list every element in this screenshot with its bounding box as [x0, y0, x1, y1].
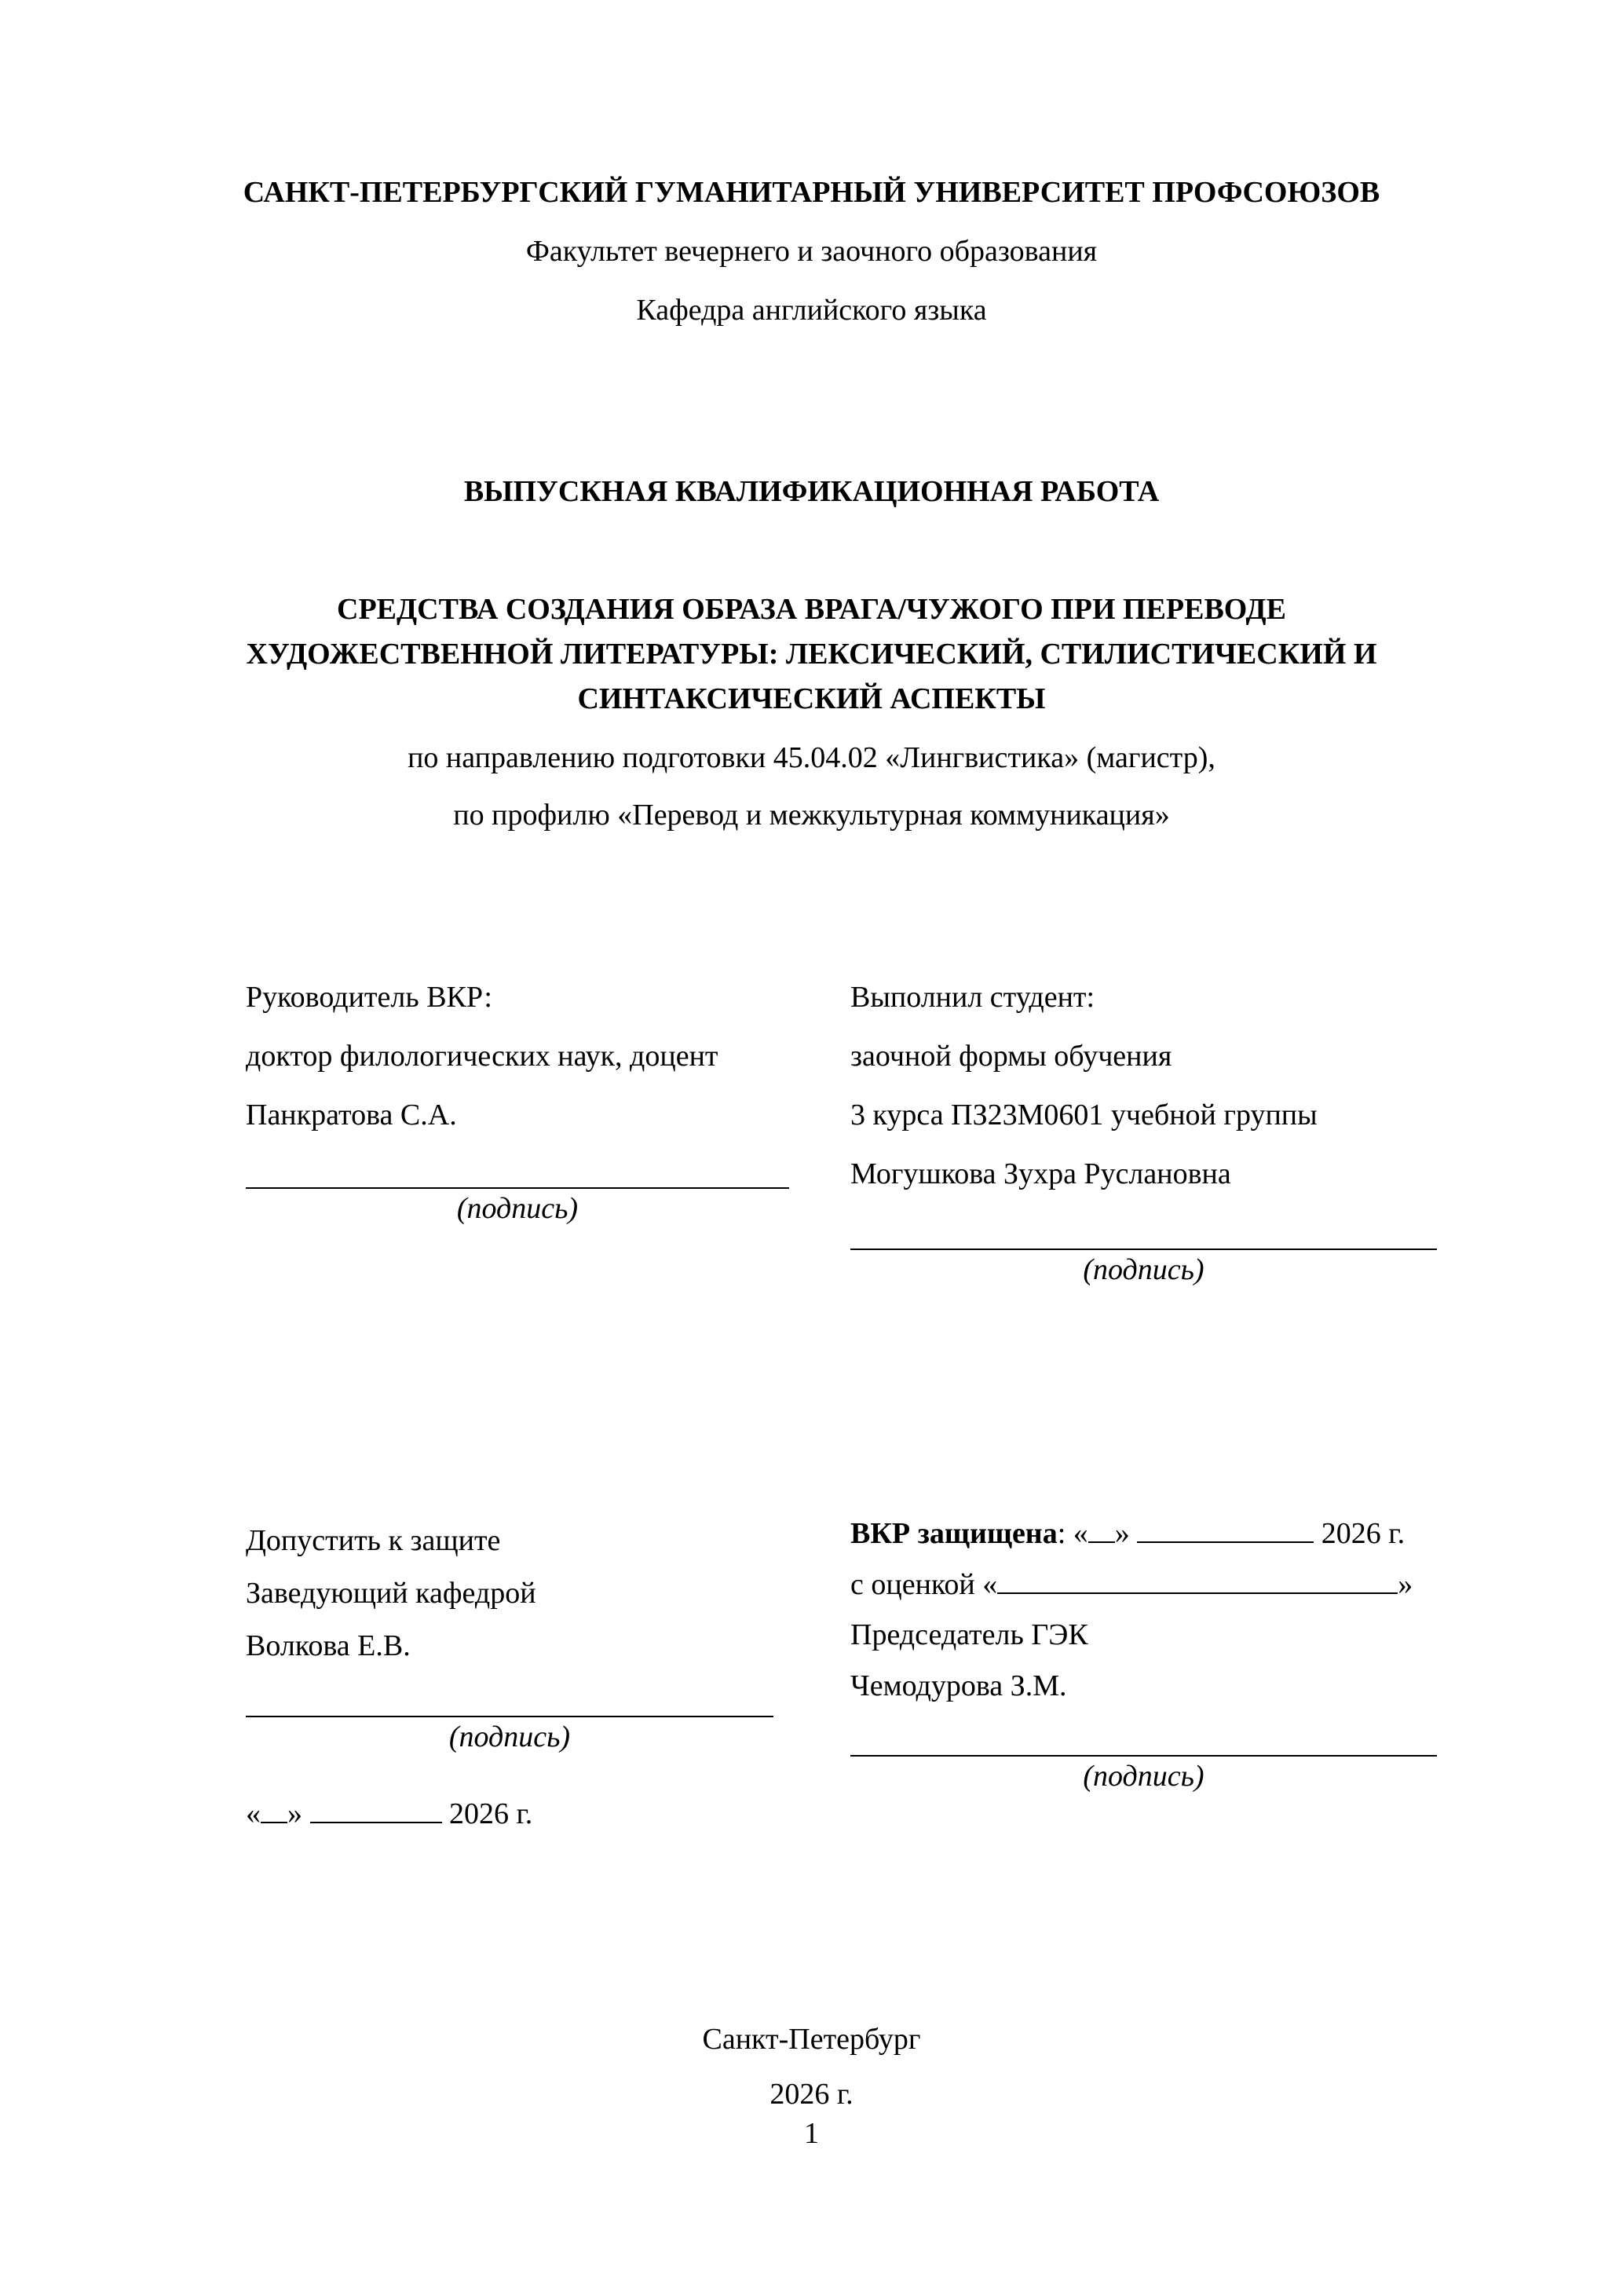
- student-signature-caption: (подпись): [850, 1255, 1437, 1285]
- chair-name: Чемодурова З.М.: [850, 1671, 1066, 1701]
- defense-label: ВКР защищена: [850, 1517, 1058, 1550]
- student-group: 3 курса ПЗ23М0601 учебной группы: [850, 1100, 1318, 1130]
- direction-line: по направлению подготовки 45.04.02 «Линг…: [0, 743, 1623, 773]
- supervisor-signature-line: [246, 1187, 789, 1189]
- thesis-title-line: СРЕДСТВА СОЗДАНИЯ ОБРАЗА ВРАГА/ЧУЖОГО ПР…: [0, 594, 1623, 624]
- chair-signature-caption: (подпись): [850, 1761, 1437, 1791]
- page-number: 1: [0, 2119, 1623, 2148]
- university-name: САНКТ-ПЕТЕРБУРГСКИЙ ГУМАНИТАРНЫЙ УНИВЕРС…: [0, 177, 1623, 207]
- student-signature-line: [850, 1249, 1437, 1250]
- grade-prefix: с оценкой «: [850, 1568, 997, 1601]
- defense-year: 2026 г.: [1321, 1517, 1405, 1550]
- chair-signature-line: [850, 1755, 1437, 1757]
- head-of-department-name: Волкова Е.В.: [246, 1631, 411, 1661]
- head-signature-line: [246, 1716, 773, 1717]
- department-name: Кафедра английского языка: [0, 295, 1623, 325]
- chair-role: Председатель ГЭК: [850, 1620, 1088, 1650]
- defense-label-rest: : «: [1058, 1517, 1088, 1550]
- faculty-name: Факультет вечернего и заочного образован…: [0, 236, 1623, 266]
- admission-label: Допустить к защите: [246, 1526, 500, 1556]
- defense-day-blank: [1088, 1518, 1115, 1543]
- defense-month-blank: [1137, 1518, 1314, 1543]
- profile-line: по профилю «Перевод и межкультурная комм…: [0, 800, 1623, 830]
- day-blank: [261, 1798, 287, 1823]
- date-close-quote: »: [287, 1797, 302, 1830]
- supervisor-label: Руководитель ВКР:: [246, 982, 492, 1012]
- date-open-quote: «: [246, 1797, 261, 1830]
- thesis-title-line: ХУДОЖЕСТВЕННОЙ ЛИТЕРАТУРЫ: ЛЕКСИЧЕСКИЙ, …: [0, 639, 1623, 669]
- supervisor-degree: доктор филологических наук, доцент: [246, 1041, 718, 1071]
- defense-date-close: »: [1115, 1517, 1130, 1550]
- footer-year: 2026 г.: [0, 2079, 1623, 2109]
- defense-date-line: ВКР защищена: «» 2026 г.: [850, 1518, 1405, 1548]
- work-type: ВЫПУСКНАЯ КВАЛИФИКАЦИОННАЯ РАБОТА: [0, 477, 1623, 506]
- supervisor-name: Панкратова С.А.: [246, 1100, 457, 1130]
- grade-blank: [997, 1569, 1398, 1594]
- supervisor-signature-caption: (подпись): [246, 1194, 789, 1223]
- city: Санкт-Петербург: [0, 2024, 1623, 2054]
- head-of-department-role: Заведующий кафедрой: [246, 1578, 536, 1608]
- student-name: Могушкова Зухра Руслановна: [850, 1159, 1231, 1189]
- admission-date: «» 2026 г.: [246, 1798, 532, 1829]
- thesis-title-line: СИНТАКСИЧЕСКИЙ АСПЕКТЫ: [0, 684, 1623, 714]
- grade-line: с оценкой «»: [850, 1569, 1413, 1600]
- head-signature-caption: (подпись): [246, 1722, 773, 1752]
- month-blank: [310, 1798, 442, 1823]
- grade-suffix: »: [1398, 1568, 1413, 1601]
- student-study-form: заочной формы обучения: [850, 1041, 1172, 1071]
- student-label: Выполнил студент:: [850, 982, 1095, 1012]
- admission-year: 2026 г.: [449, 1797, 532, 1830]
